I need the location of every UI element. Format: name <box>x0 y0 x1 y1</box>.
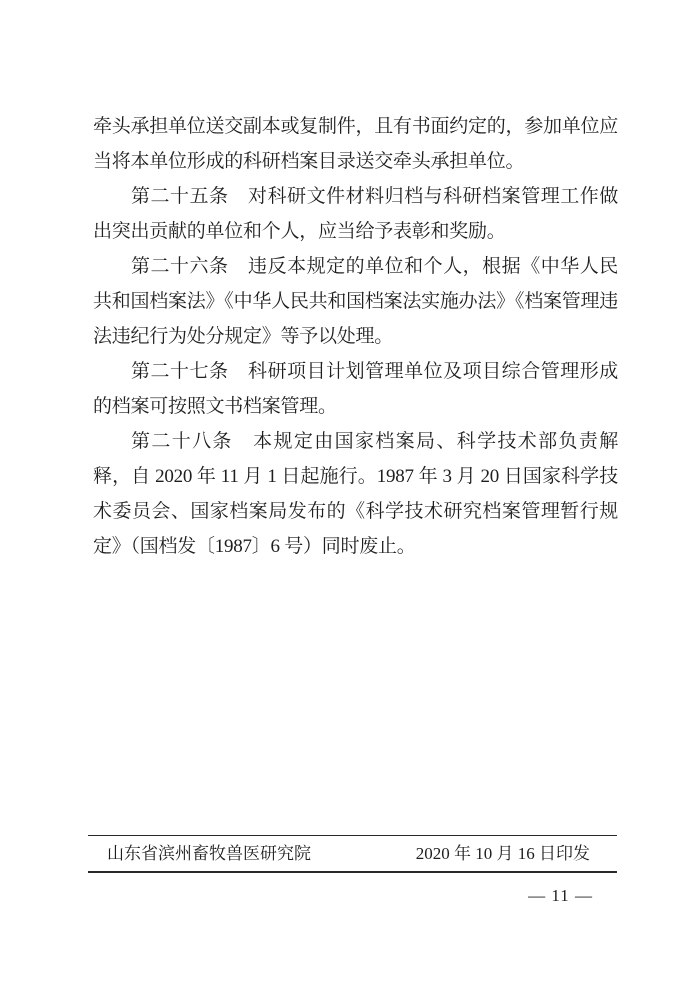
footer-issuer: 山东省滨州畜牧兽医研究院 <box>107 843 311 865</box>
footer-rule-top <box>88 835 617 836</box>
footer-rule-bottom <box>88 871 617 873</box>
paragraph-continuation: 牵头承担单位送交副本或复制件，且有书面约定的，参加单位应当将本单位形成的科研档案… <box>93 109 618 179</box>
paragraph-article-26: 第二十六条 违反本规定的单位和个人，根据《中华人民共和国档案法》《中华人民共和国… <box>93 249 618 354</box>
page-number: — 11 — <box>528 886 593 906</box>
footer-print-date: 2020 年 10 月 16 日印发 <box>416 843 590 865</box>
document-page: 牵头承担单位送交副本或复制件，且有书面约定的，参加单位应当将本单位形成的科研档案… <box>0 0 700 990</box>
paragraph-article-27: 第二十七条 科研项目计划管理单位及项目综合管理形成的档案可按照文书档案管理。 <box>93 354 618 424</box>
paragraph-article-28: 第二十八条 本规定由国家档案局、科学技术部负责解释，自 2020 年 11 月 … <box>93 424 618 564</box>
footer: 山东省滨州畜牧兽医研究院 2020 年 10 月 16 日印发 <box>107 843 590 865</box>
document-body: 牵头承担单位送交副本或复制件，且有书面约定的，参加单位应当将本单位形成的科研档案… <box>93 109 618 564</box>
paragraph-article-25: 第二十五条 对科研文件材料归档与科研档案管理工作做出突出贡献的单位和个人，应当给… <box>93 179 618 249</box>
